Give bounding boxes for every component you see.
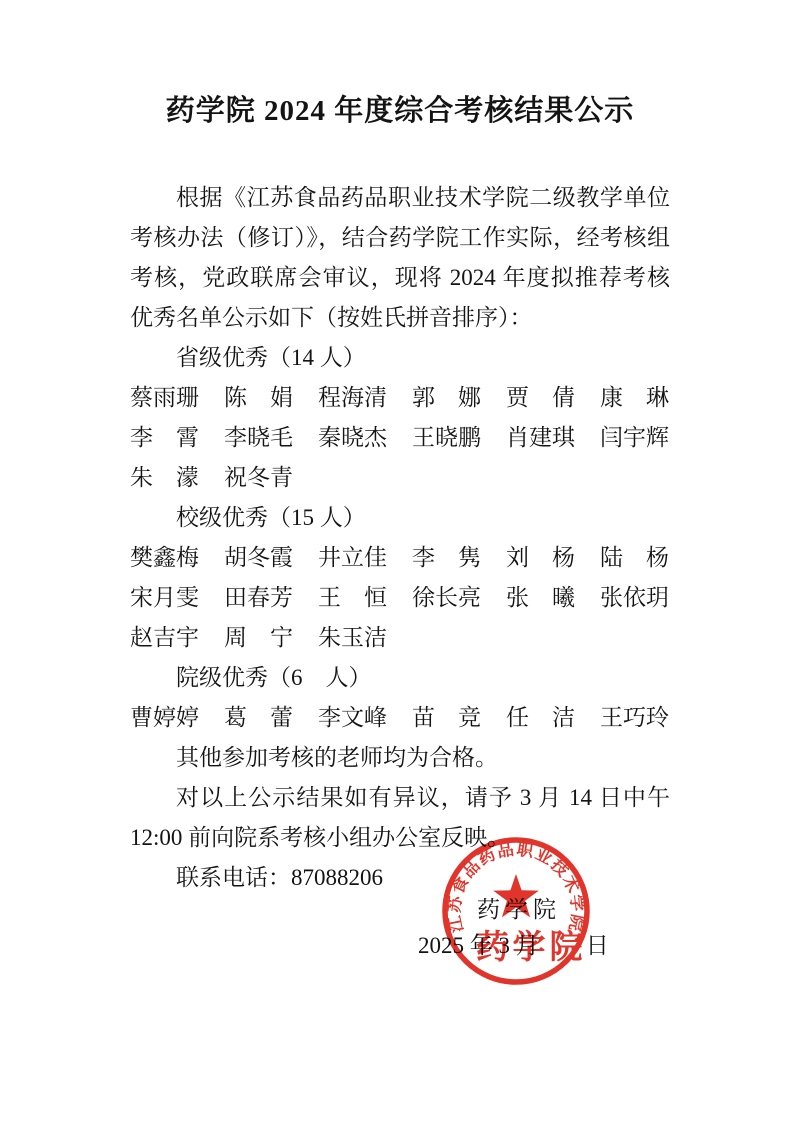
person-name: 苗 竞 — [412, 698, 481, 738]
name-row: 赵吉宇周 宁朱玉洁 — [130, 618, 670, 658]
name-row: 樊鑫梅胡冬霞井立佳李 隽刘 杨陆 杨 — [130, 538, 670, 578]
person-name: 康 琳 — [600, 378, 669, 418]
person-name: 秦晓杰 — [318, 418, 387, 458]
person-name: 曹婷婷 — [130, 698, 199, 738]
person-name: 宋月雯 — [130, 578, 199, 618]
person-name: 贾 倩 — [506, 378, 575, 418]
name-row: 曹婷婷葛 蕾李文峰苗 竞任 洁王巧玲 — [130, 698, 670, 738]
person-name: 葛 蕾 — [224, 698, 293, 738]
person-name: 陈 娟 — [224, 378, 293, 418]
name-row: 李 霄李晓毛秦晓杰王晓鹏肖建琪闫宇辉 — [130, 418, 670, 458]
pass-note: 其他参加考核的老师均为合格。 — [130, 738, 670, 778]
person-name: 井立佳 — [318, 538, 387, 578]
person-name: 周 宁 — [224, 618, 293, 658]
person-name: 王 恒 — [318, 578, 387, 618]
section-heading: 省级优秀（14 人） — [130, 338, 670, 378]
intro-paragraph: 根据《江苏食品药品职业技术学院二级教学单位考核办法（修订）》，结合药学院工作实际… — [130, 178, 670, 338]
person-name: 李文峰 — [318, 698, 387, 738]
person-name: 刘 杨 — [506, 538, 575, 578]
person-name: 胡冬霞 — [224, 538, 293, 578]
document-body: 药学院 2024 年度综合考核结果公示 根据《江苏食品药品职业技术学院二级教学单… — [130, 92, 670, 898]
person-name: 朱 濛 — [130, 458, 199, 498]
name-row: 宋月雯田春芳王 恒徐长亮张 曦张依玥 — [130, 578, 670, 618]
person-name: 李 隽 — [412, 538, 481, 578]
seal-bottom-text: 药学院 — [476, 929, 587, 966]
person-name: 李 霄 — [130, 418, 199, 458]
person-name: 蔡雨珊 — [130, 378, 199, 418]
person-name: 王晓鹏 — [412, 418, 481, 458]
section-heading: 院级优秀（6 人） — [130, 658, 670, 698]
person-name: 陆 杨 — [600, 538, 669, 578]
person-name: 郭 娜 — [412, 378, 481, 418]
person-name: 赵吉宇 — [130, 618, 199, 658]
person-name: 田春芳 — [224, 578, 293, 618]
person-name: 朱玉洁 — [318, 618, 387, 658]
person-name: 闫宇辉 — [600, 418, 669, 458]
page-title: 药学院 2024 年度综合考核结果公示 — [130, 92, 670, 130]
sections: 省级优秀（14 人）蔡雨珊陈 娟程海清郭 娜贾 倩康 琳李 霄李晓毛秦晓杰王晓鹏… — [130, 338, 670, 738]
star-icon — [493, 874, 539, 917]
person-name: 徐长亮 — [412, 578, 481, 618]
person-name: 祝冬青 — [224, 458, 293, 498]
person-name: 樊鑫梅 — [130, 538, 199, 578]
person-name: 张 曦 — [506, 578, 575, 618]
person-name: 程海清 — [318, 378, 387, 418]
person-name: 李晓毛 — [224, 418, 293, 458]
person-name: 王巧玲 — [600, 698, 669, 738]
section-heading: 校级优秀（15 人） — [130, 498, 670, 538]
person-name: 任 洁 — [506, 698, 575, 738]
official-seal: 江苏食品药品职业技术学院 药学院 — [438, 833, 594, 989]
name-row: 蔡雨珊陈 娟程海清郭 娜贾 倩康 琳 — [130, 378, 670, 418]
person-name: 张依玥 — [600, 578, 669, 618]
document-page: 药学院 2024 年度综合考核结果公示 根据《江苏食品药品职业技术学院二级教学单… — [0, 0, 799, 1132]
person-name: 肖建琪 — [506, 418, 575, 458]
name-row: 朱 濛祝冬青 — [130, 458, 670, 498]
